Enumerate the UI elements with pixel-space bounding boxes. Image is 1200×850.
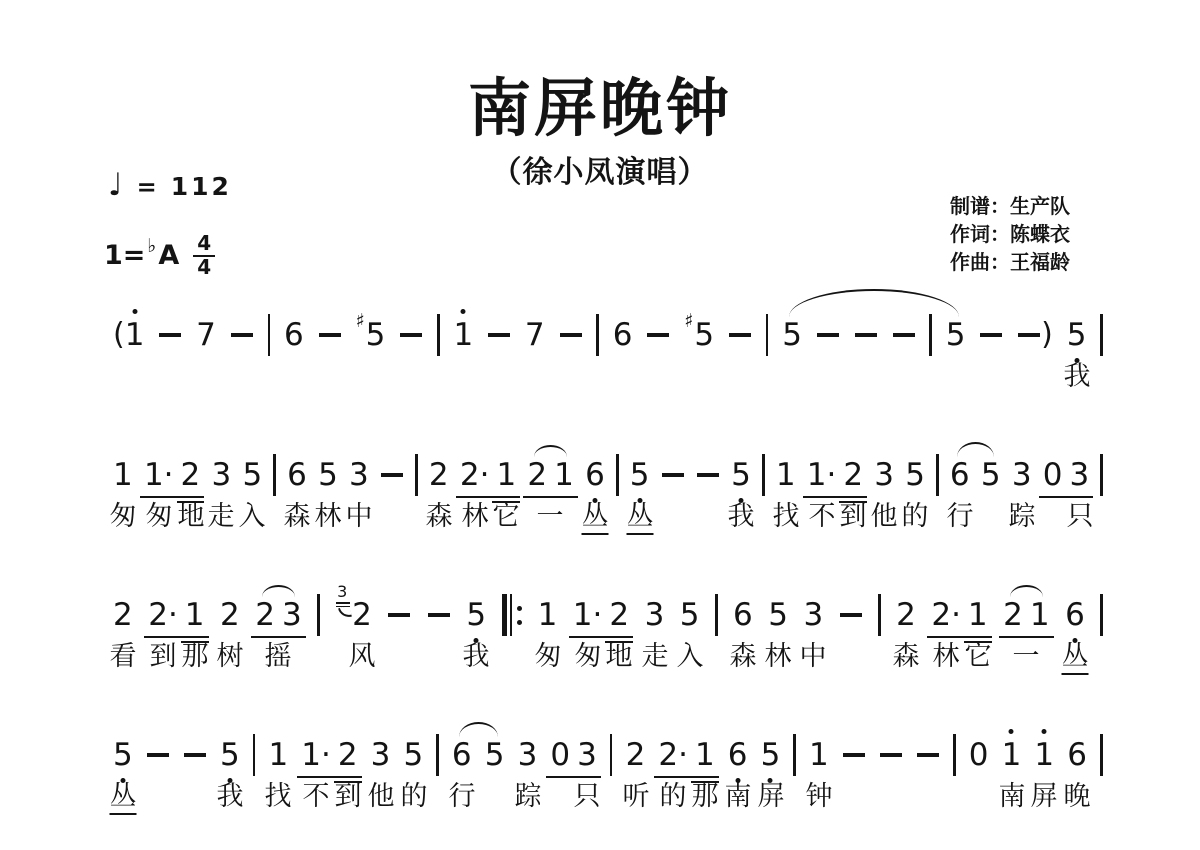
note: 6 bbox=[728, 738, 748, 772]
note-body: 3 bbox=[371, 738, 391, 772]
note: 2 bbox=[429, 458, 449, 492]
note: 1 bbox=[695, 738, 715, 772]
lyric: 中 bbox=[346, 502, 373, 532]
note: 2· bbox=[148, 598, 178, 632]
dash-line bbox=[399, 318, 423, 352]
note-body: 5 bbox=[1067, 318, 1087, 352]
note-digit: 2 bbox=[896, 598, 916, 632]
note-body: 2 bbox=[609, 598, 629, 632]
duration-underline bbox=[1026, 636, 1054, 639]
duration-underline bbox=[251, 636, 279, 639]
note-body: 1· bbox=[144, 458, 174, 492]
note-digit: 2 bbox=[181, 458, 201, 492]
duration-underline bbox=[523, 496, 551, 499]
grace-beam bbox=[336, 602, 350, 604]
note: 6 bbox=[452, 738, 472, 772]
note-digit: 5 bbox=[768, 598, 788, 632]
note-group: 32 bbox=[335, 598, 372, 632]
lyric: 的 bbox=[902, 502, 929, 532]
dash-sustain bbox=[230, 318, 254, 352]
lyric: 匆 bbox=[575, 642, 602, 672]
score: (176♯5176♯555)5我11·23565322·12165511·235… bbox=[0, 0, 1200, 850]
duration-underline bbox=[573, 776, 601, 779]
note-digit: 0 bbox=[969, 738, 989, 772]
note: 2· bbox=[658, 738, 688, 772]
lyric: 我 bbox=[728, 502, 755, 532]
note-body: 1 bbox=[1030, 598, 1050, 632]
note-body: 3 bbox=[1012, 458, 1032, 492]
lyric: 找 bbox=[265, 782, 292, 812]
note-digit: 1 bbox=[809, 738, 829, 772]
dash-sustain bbox=[183, 738, 207, 772]
duration-underline bbox=[1039, 496, 1067, 499]
note-digit: 1 bbox=[453, 318, 473, 352]
duration-underline bbox=[1066, 496, 1094, 499]
note-group: 1·2 bbox=[573, 598, 629, 632]
barline bbox=[1100, 454, 1103, 496]
note-body: 2 bbox=[896, 598, 916, 632]
note-body: 1 bbox=[538, 598, 558, 632]
note-digit: 5 bbox=[366, 318, 386, 352]
note-body: 5 bbox=[905, 458, 925, 492]
note-body: 5 bbox=[680, 598, 700, 632]
note: 7 bbox=[196, 318, 216, 352]
dash-sustain bbox=[816, 318, 840, 352]
note-body: 1 bbox=[185, 598, 205, 632]
note-digit: 1 bbox=[496, 458, 516, 492]
note-digit: 1 bbox=[1034, 738, 1054, 772]
duration-underline bbox=[492, 496, 520, 499]
duration-underline bbox=[546, 776, 574, 779]
lyric: 到 bbox=[150, 642, 177, 672]
note: 2 bbox=[843, 458, 863, 492]
note-digit: 2 bbox=[352, 598, 372, 632]
note-digit: 5 bbox=[946, 318, 966, 352]
note-body: 1 bbox=[268, 738, 288, 772]
note-digit: 1 bbox=[695, 738, 715, 772]
note: 1 bbox=[1002, 738, 1022, 772]
note-body: 2 bbox=[220, 598, 240, 632]
dash-line bbox=[230, 318, 254, 352]
note-digit: 2 bbox=[255, 598, 275, 632]
note-digit: 7 bbox=[525, 318, 545, 352]
duration-underline bbox=[456, 496, 494, 499]
note-body: 1 bbox=[1002, 738, 1022, 772]
note-group: 03 bbox=[550, 738, 596, 772]
note-body: 2 bbox=[527, 458, 547, 492]
dash-line bbox=[146, 738, 170, 772]
lyric: 风 bbox=[349, 642, 376, 672]
note: 3 bbox=[371, 738, 391, 772]
note-digit: 2· bbox=[931, 598, 961, 632]
note-body: 6 bbox=[452, 738, 472, 772]
duration-underline bbox=[691, 776, 719, 779]
grace-note: 3 bbox=[335, 598, 352, 632]
lyric: 匆 bbox=[110, 502, 137, 532]
lyric: 踪 bbox=[515, 782, 542, 812]
lyric: 我 bbox=[217, 782, 244, 812]
note-group: 1·2 bbox=[144, 458, 200, 492]
note: 3 bbox=[1012, 458, 1032, 492]
note-digit: 6 bbox=[287, 458, 307, 492]
dash-sustain bbox=[427, 598, 451, 632]
duration-underline bbox=[140, 496, 178, 499]
note-digit: 2 bbox=[113, 598, 133, 632]
note-body: 3 bbox=[577, 738, 597, 772]
note: 3 bbox=[349, 458, 369, 492]
note-digit: 5 bbox=[782, 318, 802, 352]
lyric: 入 bbox=[677, 642, 704, 672]
barline bbox=[1100, 594, 1103, 636]
note: 2 bbox=[352, 598, 372, 632]
duration-underline bbox=[278, 636, 306, 639]
note-digit: 1 bbox=[1002, 738, 1022, 772]
note-body: 5 bbox=[768, 598, 788, 632]
lyric: 走 bbox=[642, 642, 669, 672]
dash-sustain bbox=[318, 318, 342, 352]
barline bbox=[268, 314, 271, 356]
dash-line bbox=[487, 318, 511, 352]
lyric: 屏 bbox=[758, 782, 785, 812]
note-digit: 5 bbox=[242, 458, 262, 492]
note: 6 bbox=[613, 318, 633, 352]
note-digit: 7 bbox=[196, 318, 216, 352]
note: 2 bbox=[609, 598, 629, 632]
octave-dot-high bbox=[1042, 729, 1047, 734]
lyric: 中 bbox=[800, 642, 827, 672]
note: 2· bbox=[931, 598, 961, 632]
lyric: 树 bbox=[217, 642, 244, 672]
sheet-page: 南屏晚钟 （徐小凤演唱） ♩ = 112 1= ♭ A 4 4 制谱：生产队 作… bbox=[0, 0, 1200, 850]
dash-line bbox=[979, 318, 1003, 352]
barline bbox=[878, 594, 881, 636]
note-body: 2· bbox=[931, 598, 961, 632]
duration-underline bbox=[999, 636, 1027, 639]
note: 7 bbox=[525, 318, 545, 352]
note: 2 bbox=[113, 598, 133, 632]
duration-underline bbox=[177, 496, 205, 499]
note-group: 1·2 bbox=[807, 458, 863, 492]
barline bbox=[715, 594, 718, 636]
barline bbox=[616, 454, 619, 496]
note-body: 2 bbox=[626, 738, 646, 772]
lyric: 森 bbox=[730, 642, 757, 672]
barline bbox=[929, 314, 932, 356]
note: 1· bbox=[807, 458, 837, 492]
duration-underline bbox=[334, 776, 362, 779]
note: 6 bbox=[733, 598, 753, 632]
note-digit: 5 bbox=[485, 738, 505, 772]
note: 2 bbox=[896, 598, 916, 632]
lyric: 他 bbox=[368, 782, 395, 812]
note: 0 bbox=[1043, 458, 1063, 492]
duration-underline bbox=[297, 776, 335, 779]
note: 6 bbox=[287, 458, 307, 492]
note-digit: 2· bbox=[148, 598, 178, 632]
note-group: 2·1 bbox=[658, 738, 714, 772]
dash-sustain bbox=[728, 318, 752, 352]
octave-dot-high bbox=[1009, 729, 1014, 734]
duration-underline bbox=[181, 636, 209, 639]
lyric: 我 bbox=[1064, 362, 1091, 392]
lyric: 地 bbox=[178, 502, 205, 532]
note-body: 2 bbox=[338, 738, 358, 772]
dash-line bbox=[879, 738, 903, 772]
note-digit: 2 bbox=[338, 738, 358, 772]
note: 6 bbox=[585, 458, 605, 492]
lyric: 屏 bbox=[1031, 782, 1058, 812]
note: 2 bbox=[220, 598, 240, 632]
notes-row: (176♯5176♯555)5 bbox=[113, 298, 1103, 356]
note-body: 0 bbox=[1043, 458, 1063, 492]
note: 3 bbox=[803, 598, 823, 632]
lyric: 匆 bbox=[535, 642, 562, 672]
dash-line bbox=[559, 318, 583, 352]
note: 2· bbox=[460, 458, 490, 492]
duration-underline bbox=[927, 636, 965, 639]
note-body: 3 bbox=[874, 458, 894, 492]
note-body: 3 bbox=[282, 598, 302, 632]
note-body: 3 bbox=[645, 598, 665, 632]
note-digit: 5 bbox=[731, 458, 751, 492]
note-digit: 3 bbox=[1012, 458, 1032, 492]
dash-sustain bbox=[892, 318, 916, 352]
dash-line bbox=[842, 738, 866, 772]
repeat-start-sign bbox=[502, 594, 523, 636]
barline bbox=[1100, 314, 1103, 356]
note-digit: 3 bbox=[577, 738, 597, 772]
note: 5 bbox=[761, 738, 781, 772]
lyric: 丛 bbox=[627, 502, 654, 535]
dash-line bbox=[158, 318, 182, 352]
note-digit: 3 bbox=[349, 458, 369, 492]
note-body: 5 bbox=[366, 318, 386, 352]
dash-sustain bbox=[399, 318, 423, 352]
dash-sustain bbox=[842, 738, 866, 772]
note: 5 bbox=[404, 738, 424, 772]
dash-sustain bbox=[661, 458, 685, 492]
dash-line bbox=[661, 458, 685, 492]
note-body: 2 bbox=[113, 598, 133, 632]
note-body: 1 bbox=[453, 318, 473, 352]
note: 5 bbox=[731, 458, 751, 492]
note-digit: 2· bbox=[658, 738, 688, 772]
note: 2 bbox=[626, 738, 646, 772]
barline bbox=[762, 454, 765, 496]
notes-row: 22·122332511·23565322·1216 bbox=[113, 578, 1103, 636]
dash-line bbox=[380, 458, 404, 492]
note-digit: 0 bbox=[550, 738, 570, 772]
note-digit: 5 bbox=[905, 458, 925, 492]
sharp-accidental: ♯ bbox=[684, 312, 693, 331]
note-body: 2· bbox=[460, 458, 490, 492]
note: 1 bbox=[554, 458, 574, 492]
note-digit: 5 bbox=[981, 458, 1001, 492]
note-body: 5 bbox=[731, 458, 751, 492]
repeat-thick-bar bbox=[502, 594, 508, 636]
note-body: 0 bbox=[969, 738, 989, 772]
repeat-thin-bar bbox=[510, 594, 512, 636]
note: 2 bbox=[338, 738, 358, 772]
note-group: 21 bbox=[1003, 598, 1049, 632]
note-body: 5 bbox=[404, 738, 424, 772]
note-body: 5 bbox=[466, 598, 486, 632]
note: 2 bbox=[527, 458, 547, 492]
note: 2 bbox=[181, 458, 201, 492]
duration-underline bbox=[839, 496, 867, 499]
note: 5 bbox=[318, 458, 338, 492]
note-body: 5 bbox=[782, 318, 802, 352]
note: 5 bbox=[946, 318, 966, 352]
lyric: 林 bbox=[315, 502, 342, 532]
notes-row: 11·23565322·12165511·23565303 bbox=[113, 438, 1103, 496]
dash-line bbox=[427, 598, 451, 632]
note-body: 5 bbox=[761, 738, 781, 772]
note-body: 2· bbox=[148, 598, 178, 632]
dash-sustain bbox=[839, 598, 863, 632]
barline bbox=[273, 454, 276, 496]
note-digit: 1· bbox=[573, 598, 603, 632]
lyric: 晚 bbox=[1064, 782, 1091, 812]
dash-sustain bbox=[696, 458, 720, 492]
lyric: 走 bbox=[208, 502, 235, 532]
note-body: 3 bbox=[803, 598, 823, 632]
note-digit: 2 bbox=[527, 458, 547, 492]
note-digit: 1 bbox=[113, 458, 133, 492]
dash-sustain bbox=[979, 318, 1003, 352]
note: 5 bbox=[905, 458, 925, 492]
note-group: 21 bbox=[527, 458, 573, 492]
note: 1 bbox=[968, 598, 988, 632]
note-body: 3 bbox=[1070, 458, 1090, 492]
note: (1 bbox=[113, 318, 144, 352]
repeat-dot bbox=[517, 606, 522, 611]
note-digit: 2 bbox=[220, 598, 240, 632]
note: 1 bbox=[1030, 598, 1050, 632]
note-digit: 1 bbox=[538, 598, 558, 632]
barline bbox=[436, 734, 439, 776]
note-digit: 5 bbox=[318, 458, 338, 492]
note-body: 2 bbox=[352, 598, 372, 632]
note-body: 1 bbox=[776, 458, 796, 492]
duration-underline bbox=[964, 636, 992, 639]
note-digit: 5 bbox=[630, 458, 650, 492]
lyric: 它 bbox=[493, 502, 520, 532]
note-digit: 6 bbox=[1067, 738, 1087, 772]
lyric: 一 bbox=[537, 502, 564, 532]
note-digit: 6 bbox=[585, 458, 605, 492]
note-body: 1 bbox=[809, 738, 829, 772]
note: 5 bbox=[220, 738, 240, 772]
note-digit: 3 bbox=[211, 458, 231, 492]
note-digit: 3 bbox=[518, 738, 538, 772]
dash-sustain bbox=[380, 458, 404, 492]
note: ♯5 bbox=[684, 318, 714, 352]
barline bbox=[415, 454, 418, 496]
note-group: 23 bbox=[255, 598, 301, 632]
dash-sustain: ) bbox=[1017, 318, 1053, 352]
lyric: 行 bbox=[947, 502, 974, 532]
slur-tie bbox=[789, 289, 959, 317]
note-body: 6 bbox=[1065, 598, 1085, 632]
lyric: 到 bbox=[840, 502, 867, 532]
note-body: 2 bbox=[181, 458, 201, 492]
barline bbox=[437, 314, 440, 356]
note: 1 bbox=[809, 738, 829, 772]
lyric: 它 bbox=[965, 642, 992, 672]
note: 5 bbox=[782, 318, 802, 352]
lyric: 丛 bbox=[110, 782, 137, 815]
note-digit: 1 bbox=[554, 458, 574, 492]
note-digit: 5 bbox=[220, 738, 240, 772]
note: 5 bbox=[630, 458, 650, 492]
note-body: 0 bbox=[550, 738, 570, 772]
barline bbox=[1100, 734, 1103, 776]
dash-line bbox=[816, 318, 840, 352]
note-body: 3 bbox=[211, 458, 231, 492]
note-digit: 5 bbox=[466, 598, 486, 632]
note-body: 5 bbox=[113, 738, 133, 772]
note-digit: 1· bbox=[807, 458, 837, 492]
lyric: 那 bbox=[182, 642, 209, 672]
note-group: 2·1 bbox=[931, 598, 987, 632]
note-body: 1· bbox=[807, 458, 837, 492]
dash-sustain bbox=[487, 318, 511, 352]
lyric: 的 bbox=[401, 782, 428, 812]
lyric: 森 bbox=[284, 502, 311, 532]
duration-underline bbox=[605, 636, 633, 639]
lyric: 林 bbox=[462, 502, 489, 532]
dash-line bbox=[728, 318, 752, 352]
note-digit: 5 bbox=[761, 738, 781, 772]
close-paren: ) bbox=[1041, 318, 1053, 352]
note: 6 bbox=[1067, 738, 1087, 772]
note-body: 3 bbox=[349, 458, 369, 492]
note-digit: 1 bbox=[268, 738, 288, 772]
note-body: 2 bbox=[843, 458, 863, 492]
note-digit: 5 bbox=[113, 738, 133, 772]
dash-line bbox=[646, 318, 670, 352]
note-digit: 3 bbox=[645, 598, 665, 632]
barline bbox=[766, 314, 769, 356]
dash-sustain bbox=[158, 318, 182, 352]
dash-line bbox=[387, 598, 411, 632]
note-body: 2 bbox=[429, 458, 449, 492]
grace-tail bbox=[338, 606, 352, 619]
note-body: 6 bbox=[284, 318, 304, 352]
note: 3 bbox=[577, 738, 597, 772]
lyric: 匆 bbox=[146, 502, 173, 532]
note: 3 bbox=[874, 458, 894, 492]
note: 5 bbox=[981, 458, 1001, 492]
dash-line bbox=[1017, 318, 1041, 352]
note-digit: 1· bbox=[144, 458, 174, 492]
note-digit: 6 bbox=[284, 318, 304, 352]
barline bbox=[317, 594, 320, 636]
note-digit: 1 bbox=[1030, 598, 1050, 632]
lyric: 不 bbox=[303, 782, 330, 812]
lyric: 南 bbox=[999, 782, 1026, 812]
lyric: 摇 bbox=[265, 642, 292, 672]
dash-line bbox=[839, 598, 863, 632]
note-body: 1 bbox=[1034, 738, 1054, 772]
note-digit: 0 bbox=[1043, 458, 1063, 492]
note-body: 5 bbox=[242, 458, 262, 492]
lyric: 行 bbox=[449, 782, 476, 812]
note: 1 bbox=[113, 458, 133, 492]
lyric: 到 bbox=[335, 782, 362, 812]
dash-line bbox=[892, 318, 916, 352]
